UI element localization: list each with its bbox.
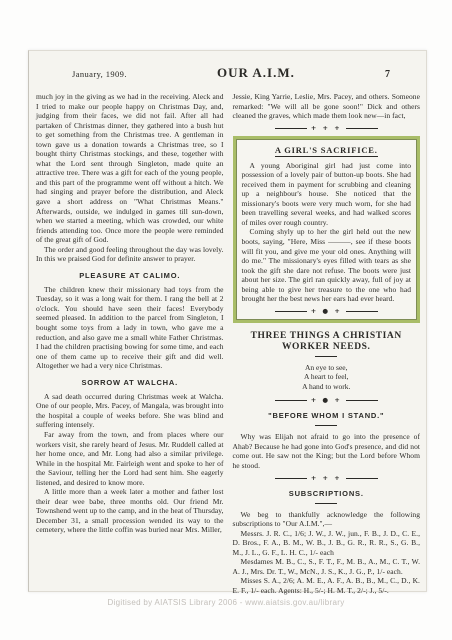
- article-heading-three-things: THREE THINGS A CHRISTIAN WORKER NEEDS.: [249, 331, 403, 354]
- article-heading-before-whom-i-stand: "BEFORE WHOM I STAND.": [233, 411, 421, 420]
- verse-three-things: An eye to see, A heart to feel, A hand t…: [233, 363, 421, 392]
- heading-rule: [315, 503, 337, 504]
- divider-dot-ornament-icon: + ● +: [233, 397, 421, 404]
- paragraph-girl-boots: A young Aboriginal girl had just come in…: [242, 161, 412, 228]
- heading-rule: [315, 425, 337, 426]
- page-header: January, 1909. OUR A.I.M. 7: [36, 65, 420, 81]
- divider-cross-ornament-icon: + + +: [233, 475, 421, 482]
- verse-line: A heart to feel,: [233, 372, 421, 382]
- paragraph-walcha-funeral: A little more than a week later a mother…: [36, 487, 224, 535]
- paragraph-elijah: Why was Elijah not afraid to go into the…: [233, 432, 421, 470]
- magazine-page: January, 1909. OUR A.I.M. 7 much joy in …: [28, 50, 427, 592]
- two-column-layout: much joy in the giving as we had in the …: [36, 92, 420, 595]
- right-column: Jessie, King Yarrie, Leslie, Mrs. Pacey,…: [233, 92, 421, 595]
- paragraph-calimo-children: The children knew their missionary had t…: [36, 285, 224, 371]
- article-heading-girls-sacrifice: A GIRL'S SACRIFICE.: [242, 145, 412, 155]
- publication-title: OUR A.I.M.: [217, 65, 295, 81]
- highlight-box-girls-sacrifice: A GIRL'S SACRIFICE. A young Aboriginal g…: [233, 136, 421, 323]
- section-heading-pleasure-at-calimo: PLEASURE AT CALIMO.: [36, 271, 224, 280]
- heading-rule: [315, 356, 337, 357]
- paragraph-subscriptions-messrs: Messrs. J. R. C., 1/6; J. W., J. W., jun…: [233, 529, 421, 558]
- paragraph-subscriptions-misses: Misses S. A., 2/6; A. M. E., A. F., A. B…: [233, 576, 421, 595]
- paragraph-walcha-death: A sad death occurred during Christmas we…: [36, 392, 224, 430]
- paragraph-subscriptions-intro: We beg to thankfully acknowledge the fol…: [233, 510, 421, 529]
- verse-line: A hand to work.: [233, 382, 421, 392]
- page-number: 7: [385, 69, 390, 80]
- divider-cross-ornament-icon: + + +: [233, 125, 421, 132]
- article-heading-subscriptions: SUBSCRIPTIONS.: [233, 489, 421, 498]
- paragraph-girl-gift: Coming shyly up to her the girl held out…: [242, 227, 412, 303]
- paragraph-christmas-giving: much joy in the giving as we had in the …: [36, 92, 224, 245]
- paragraph-subscriptions-mesdames: Mesdames M. B., C., S., F. T., F., M. B.…: [233, 557, 421, 576]
- paragraph-graves-cleaned: Jessie, King Yarrie, Leslie, Mrs. Pacey,…: [233, 92, 421, 121]
- issue-date: January, 1909.: [72, 69, 127, 79]
- divider-dot-ornament-icon: + ● +: [242, 308, 412, 315]
- paragraph-walcha-hospital: Far away from the town, and from places …: [36, 430, 224, 487]
- section-heading-sorrow-at-walcha: SORROW AT WALCHA.: [36, 378, 224, 387]
- verse-line: An eye to see,: [233, 363, 421, 373]
- paragraph-order-good-feeling: The order and good feeling throughout th…: [36, 245, 224, 264]
- left-column: much joy in the giving as we had in the …: [36, 92, 224, 595]
- digitisation-credit: Digitised by AIATSIS Library 2006 - www.…: [0, 598, 452, 607]
